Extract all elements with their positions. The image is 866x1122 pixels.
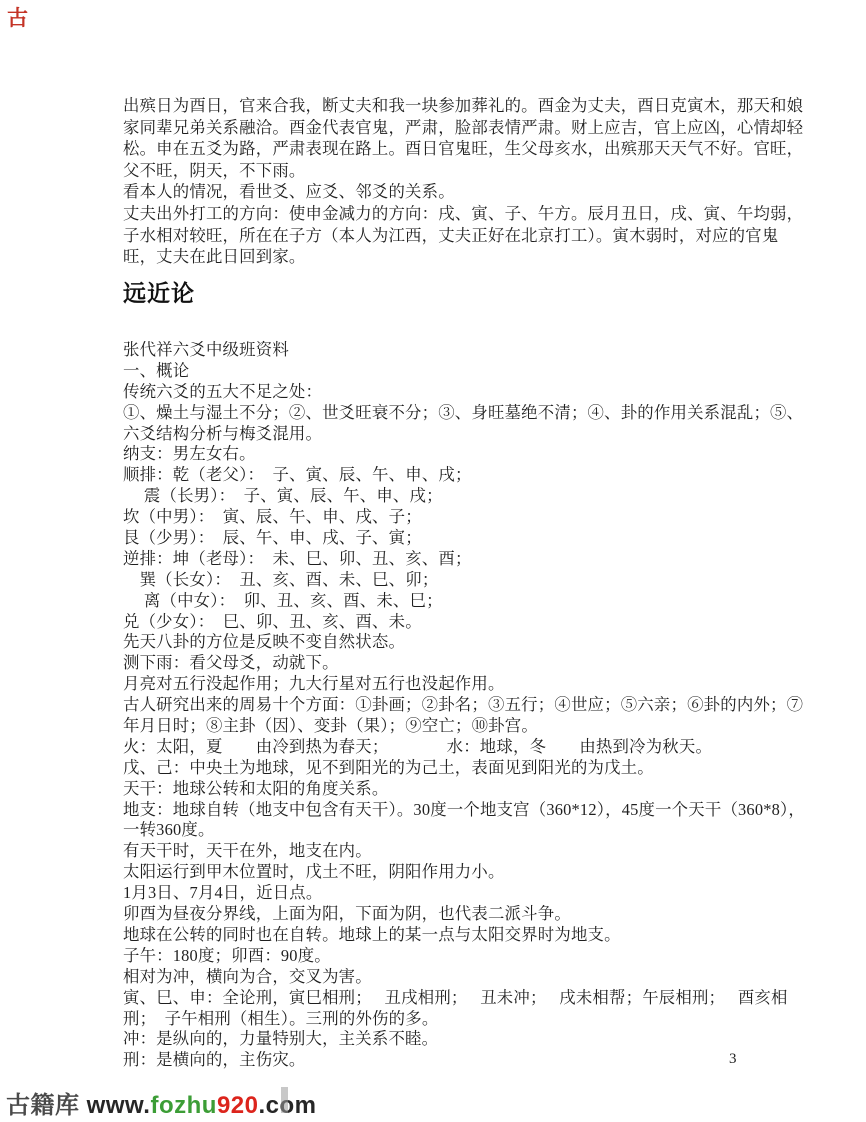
text-line: 地球在公转的同时也在自转。地球上的某一点与太阳交界时为地支。 [123,925,763,946]
corner-seal-icon: 古 [7,2,28,32]
paragraph-block-top: 出殡日为酉日，官来合我，断丈夫和我一块参加葬礼的。酉金为丈夫，酉日克寅木，那天和… [123,95,763,268]
text-line: 坎（中男）： 寅、辰、午、申、戌、子； [123,507,763,528]
text-line: 测下雨：看父母爻，动就下。 [123,653,763,674]
text-line: 寅、巳、申：全论刑，寅巳相刑； 丑戌相刑； 丑未冲； 戌未相帮；午辰相刑； 酉亥… [123,988,763,1009]
text-line: 旺，丈夫在此日回到家。 [123,246,763,268]
text-line: 太阳运行到甲木位置时，戊土不旺，阴阳作用力小。 [123,862,763,883]
text-line: 纳支：男左女右。 [123,444,763,465]
text-line: 卯酉为昼夜分界线，上面为阳，下面为阴，也代表二派斗争。 [123,904,763,925]
text-line: 看本人的情况，看世爻、应爻、邻爻的关系。 [123,181,763,203]
text-line: 地支：地球自转（地支中包含有天干）。30度一个地支宫（360*12），45度一个… [123,800,763,821]
scan-edge-artifact [281,1087,288,1113]
text-line: 兑（少女）： 巳、卯、丑、亥、酉、未。 [123,612,763,633]
text-line: 相对为冲，横向为合，交叉为害。 [123,967,763,988]
text-line: 张代祥六爻中级班资料 [123,340,763,361]
text-line: 刑； 子午相刑（相生）。三刑的外伤的多。 [123,1009,763,1030]
text-line: 戊、己：中央土为地球，见不到阳光的为己土，表面见到阳光的为戊土。 [123,758,763,779]
page-number: 3 [729,1051,737,1068]
watermark-logo: 古籍库 www.fozhu920.com [6,1085,317,1120]
text-line: 古人研究出来的周易十个方面：①卦画；②卦名；③五行；④世应；⑤六亲；⑥卦的内外；… [123,695,763,716]
watermark-url-www: www. [80,1092,151,1119]
section-title: 远近论 [123,275,195,308]
text-line: 松。申在五爻为路，严肃表现在路上。酉日官鬼旺，生父母亥水，出殡那天天气不好。官旺… [123,138,763,160]
watermark-site-name: 古籍库 [6,1092,80,1119]
watermark-url-green: fozhu [150,1092,216,1119]
text-line: 六爻结构分析与梅爻混用。 [123,424,763,445]
text-line: 天干：地球公转和太阳的角度关系。 [123,779,763,800]
text-line: 冲：是纵向的，力量特别大，主关系不睦。 [123,1029,763,1050]
text-line: 先天八卦的方位是反映不变自然状态。 [123,632,763,653]
text-line: 离（中女）： 卯、丑、亥、酉、未、巳； [123,591,763,612]
text-line: 火：太阳，夏 由冷到热为春天； 水：地球，冬 由热到冷为秋天。 [123,737,763,758]
text-line: 家同辈兄弟关系融洽。酉金代表官鬼，严肃，脸部表情严肃。财上应吉，官上应凶，心情却… [123,117,763,139]
text-line: 震（长男）： 子、寅、辰、午、申、戌； [123,486,763,507]
text-line: 传统六爻的五大不足之处： [123,382,763,403]
text-line: 年月日时；⑧主卦（因）、变卦（果）；⑨空亡；⑩卦宫。 [123,716,763,737]
text-line: 出殡日为酉日，官来合我，断丈夫和我一块参加葬礼的。酉金为丈夫，酉日克寅木，那天和… [123,95,763,117]
text-line: 巽（长女）： 丑、亥、酉、未、巳、卯； [123,570,763,591]
text-line: 有天干时，天干在外，地支在内。 [123,841,763,862]
text-line: 一、概论 [123,361,763,382]
text-line: 一转360度。 [123,820,763,841]
text-line: 逆排：坤（老母）： 未、巳、卯、丑、亥、酉； [123,549,763,570]
paragraph-block-main: 张代祥六爻中级班资料 一、概论 传统六爻的五大不足之处： ①、燥土与湿土不分；②… [123,340,763,1071]
text-line: 月亮对五行没起作用；九大行星对五行也没起作用。 [123,674,763,695]
text-line: 子午：180度；卯酉：90度。 [123,946,763,967]
text-line: 顺排：乾（老父）： 子、寅、辰、午、申、戌； [123,465,763,486]
text-line: 1月3日、7月4日，近日点。 [123,883,763,904]
text-line: ①、燥土与湿土不分；②、世爻旺衰不分；③、身旺墓绝不清；④、卦的作用关系混乱；⑤… [123,403,763,424]
text-line: 刑：是横向的，主伤灾。 [123,1050,763,1071]
text-line: 丈夫出外打工的方向：使申金减力的方向：戌、寅、子、午方。辰月丑日，戌、寅、午均弱… [123,203,763,225]
text-line: 艮（少男）： 辰、午、申、戌、子、寅； [123,528,763,549]
text-line: 父不旺，阴天，不下雨。 [123,160,763,182]
watermark-url-red: 920 [217,1092,259,1119]
document-page: 古 出殡日为酉日，官来合我，断丈夫和我一块参加葬礼的。酉金为丈夫，酉日克寅木，那… [0,0,866,1122]
text-line: 子水相对较旺，所在在子方（本人为江西，丈夫正好在北京打工）。寅木弱时，对应的官鬼 [123,225,763,247]
